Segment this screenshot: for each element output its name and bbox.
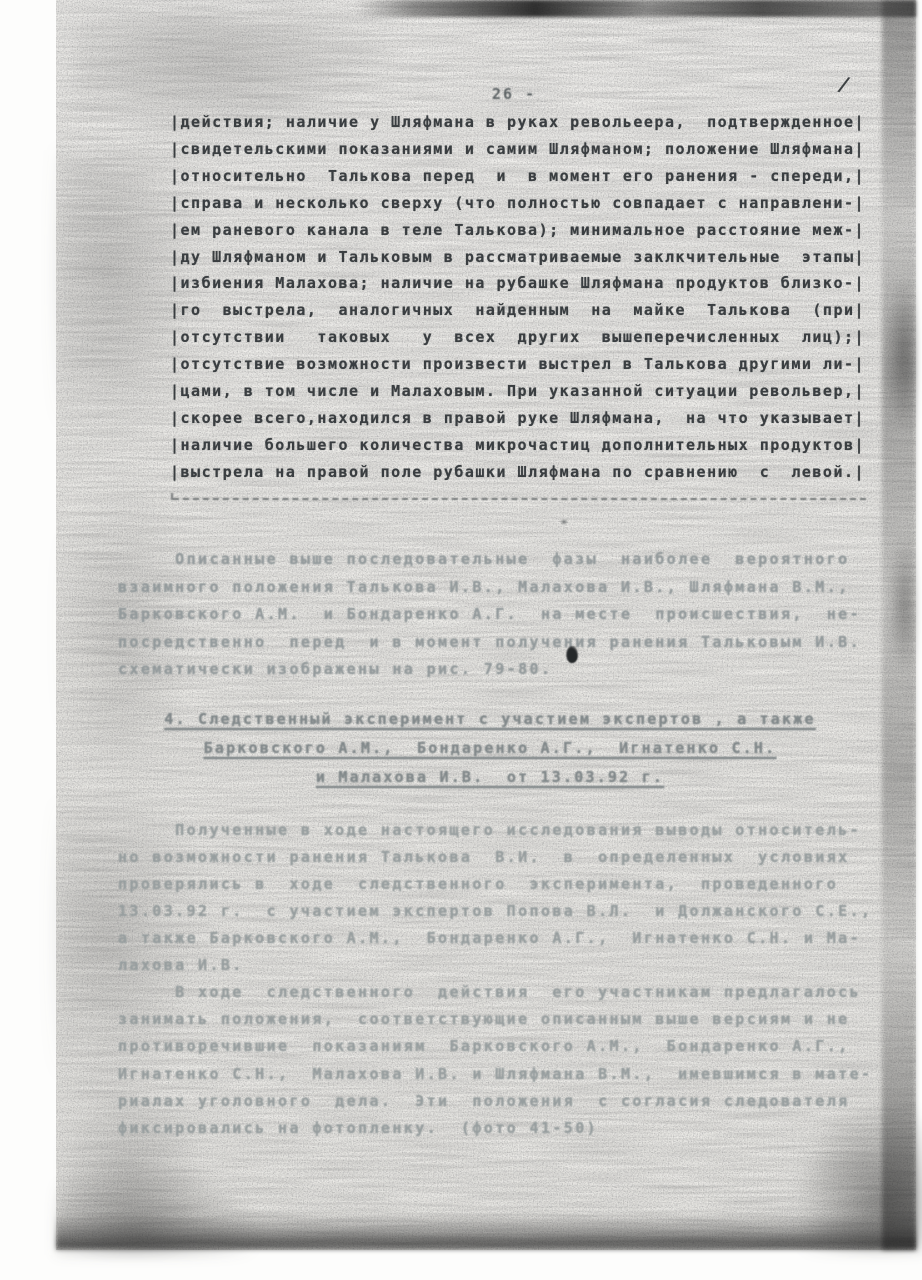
corner-mark: /: [836, 71, 853, 97]
box-line: |действия; наличие у Шляфмана в руках ре…: [170, 109, 865, 136]
paragraph-line: лахова И.В.: [118, 952, 872, 979]
paragraph-experiment: Полученные в ходе настоящего исследовани…: [118, 817, 872, 979]
box-line: |справа и несколько сверху (что полность…: [170, 190, 865, 217]
paragraph-phases: Описанные выше последовательные фазы наи…: [118, 546, 861, 684]
paragraph-line: Полученные в ходе настоящего исследовани…: [118, 817, 872, 844]
paragraph-line: Игнатенко С.Н., Малахова И.В. и Шляфмана…: [118, 1061, 872, 1088]
box-line: |го выстрела, аналогичных найденным на м…: [170, 297, 865, 324]
document-content: 26 - / |действия; наличие у Шляфмана в р…: [0, 0, 922, 1280]
paragraph-line: проверялись в ходе следственного экспери…: [118, 871, 872, 898]
boxed-conclusion: |действия; наличие у Шляфмана в руках ре…: [170, 109, 865, 486]
box-line: |избиения Малахова; наличие на рубашке Ш…: [170, 270, 865, 297]
ink-speck: [560, 519, 568, 525]
paragraph-line: Барковского А.М. и Бондаренко А.Г. на ме…: [118, 601, 861, 629]
scanned-document-page: 26 - / |действия; наличие у Шляфмана в р…: [0, 0, 922, 1280]
box-line: |свидетельскими показаниями и самим Шляф…: [170, 136, 865, 163]
section-heading: 4. Следственный эксперимент с участием э…: [110, 705, 870, 792]
paragraph-line: Описанные выше последовательные фазы наи…: [118, 546, 861, 574]
section-heading-line: и Малахова И.В. от 13.03.92 г.: [316, 768, 664, 786]
paragraph-line: противоречившие показаниям Барковского А…: [118, 1033, 872, 1060]
box-line: |относительно Талькова перед и в момент …: [170, 163, 865, 190]
paragraph-line: риалах уголовного дела. Эти положения с …: [118, 1088, 872, 1115]
paragraph-line: взаимного положения Талькова И.В., Малах…: [118, 574, 861, 602]
paragraph-line: В ходе следственного действия его участн…: [118, 979, 872, 1006]
page-number: 26 -: [492, 85, 536, 103]
box-line: |отсутствии таковых у всех других вышепе…: [170, 324, 865, 351]
paragraph-line: а также Барковского А.М., Бондаренко А.Г…: [118, 925, 872, 952]
paragraph-procedure: В ходе следственного действия его участн…: [118, 979, 872, 1142]
box-line: |скорее всего,находился в правой руке Шл…: [170, 405, 865, 432]
box-line: |выстрела на правой поле рубашки Шляфман…: [170, 459, 865, 486]
box-line: |цами, в том числе и Малаховым. При указ…: [170, 378, 865, 405]
paragraph-line: фиксировались на фотопленку. (фото 41-50…: [118, 1115, 872, 1142]
section-heading-line: Барковского А.М., Бондаренко А.Г., Игнат…: [204, 739, 777, 757]
box-line: |отсутствие возможности произвести выстр…: [170, 351, 865, 378]
box-line: |наличие большего количества микрочастиц…: [170, 432, 865, 459]
box-line: |ду Шляфманом и Тальковым в рассматривае…: [170, 244, 865, 271]
box-bottom-line: [173, 498, 866, 506]
box-line: |ем раневого канала в теле Талькова); ми…: [170, 217, 865, 244]
paragraph-line: 13.03.92 г. с участием экспертов Попова …: [118, 898, 872, 925]
section-heading-line: 4. Следственный эксперимент с участием э…: [164, 710, 815, 728]
paragraph-line: схематически изображены на рис. 79-80.: [118, 656, 861, 684]
paragraph-line: но возможности ранения Талькова В.И. в о…: [118, 844, 872, 871]
paragraph-line: занимать положения, соответствующие опис…: [118, 1006, 872, 1033]
paragraph-line: посредственно перед и в момент получения…: [118, 629, 861, 657]
